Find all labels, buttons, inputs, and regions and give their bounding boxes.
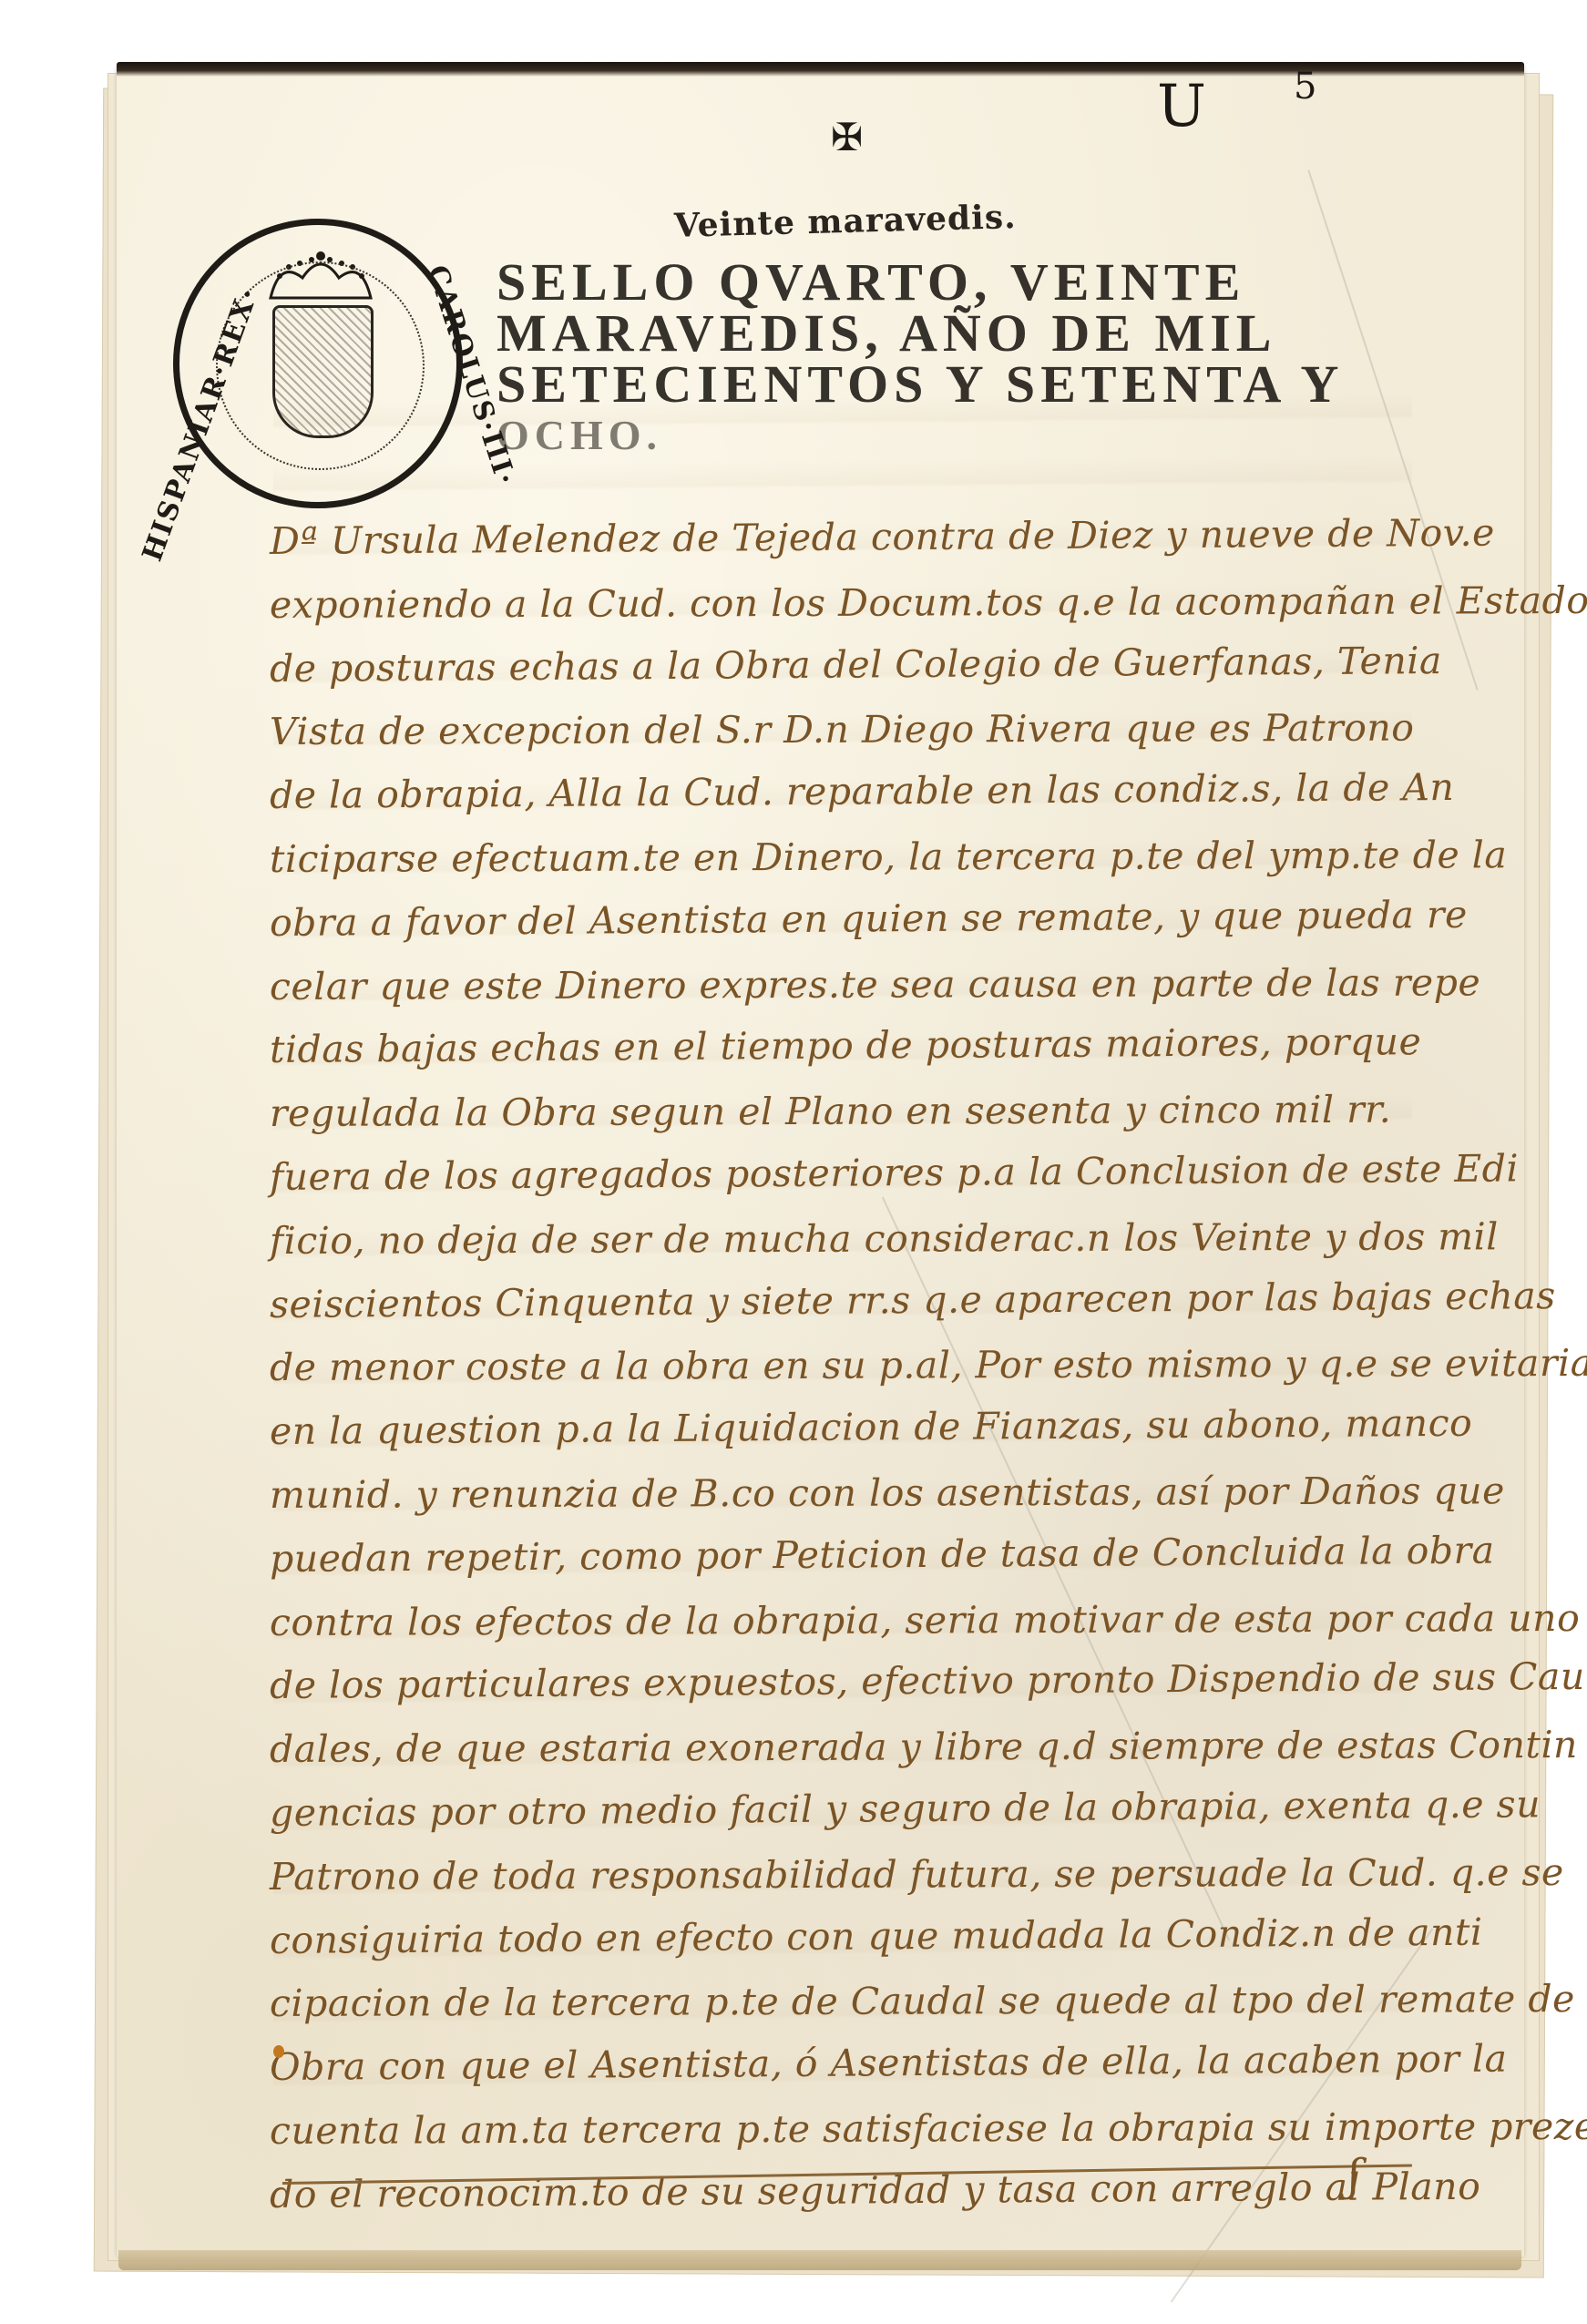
manuscript-line: en la question p.a la Liquidacion de Fia…	[270, 1392, 1436, 1464]
ink-stain	[273, 2045, 284, 2058]
manuscript-line: dales, de que estaria exonerada y libre …	[270, 1715, 1436, 1782]
manuscript-line: munid. y renunzia de B.co con los asenti…	[270, 1459, 1436, 1527]
stamp-header-line: OCHO.	[497, 410, 1408, 461]
stamp-header-line: SETECIENTOS Y SETENTA Y	[497, 359, 1408, 410]
manuscript-line: consiguiria todo en efecto con que mudad…	[270, 1901, 1436, 1973]
manuscript-line: gencias por otro medio facil y seguro de…	[270, 1774, 1436, 1846]
manuscript-line: exponiendo a la Cud. con los Docum.tos q…	[270, 569, 1436, 637]
manuscript-line: ticiparse efectuam.te en Dinero, la terc…	[270, 824, 1436, 892]
folio-mark: U	[1157, 73, 1206, 140]
manuscript-line: fuera de los agregados posteriores p.a l…	[270, 1138, 1436, 1210]
page-bottom-edge	[118, 2250, 1521, 2270]
manuscript-line: cipacion de la tercera p.te de Caudal se…	[270, 1969, 1436, 2036]
manuscript-line: puedan repetir, como por Peticion de tas…	[270, 1520, 1436, 1592]
manuscript-line: cuenta la am.ta tercera p.te satisfacies…	[270, 2095, 1436, 2163]
stamp-header: SELLO QVARTO, VEINTE MARAVEDIS, AÑO DE M…	[497, 257, 1408, 461]
manuscript-body: Dª Ursula Melendez de Tejeda contra de D…	[270, 510, 1436, 2227]
folio-mark-secondary: 5	[1294, 66, 1316, 107]
stamp-header-line: MARAVEDIS, AÑO DE MIL	[497, 308, 1408, 359]
manuscript-line: obra a favor del Asentista en quien se r…	[270, 884, 1436, 956]
manuscript-line: tidas bajas echas en el tiempo de postur…	[270, 1010, 1436, 1082]
stamp-header-line: SELLO QVARTO, VEINTE	[497, 257, 1408, 308]
manuscript-line: de los particulares expuestos, efectivo …	[270, 1646, 1436, 1718]
manuscript-line: Vista de excepcion del S.r D.n Diego Riv…	[270, 697, 1436, 764]
manuscript-line: seiscientos Cinquenta y siete rr.s q.e a…	[270, 1265, 1436, 1337]
manuscript-line: ficio, no deja de ser de mucha considera…	[270, 1205, 1436, 1273]
manuscript-line: Patrono de toda responsabilidad futura, …	[270, 1841, 1436, 1909]
manuscript-line: celar que este Dinero expres.te sea caus…	[270, 951, 1436, 1019]
manuscript-line: Obra con que el Asentista, ó Asentistas …	[270, 2028, 1436, 2100]
cross-icon: ✠	[831, 115, 863, 159]
royal-seal: CAROLUS·III· HISPANIAR·REX·	[173, 219, 463, 508]
coat-of-arms-icon	[272, 305, 374, 438]
manuscript-line: de la obrapia, Alla la Cud. reparable en…	[270, 756, 1436, 828]
manuscript-line: contra los efectos de la obrapia, seria …	[270, 1587, 1436, 1654]
manuscript-line: de menor coste a la obra en su p.al, Por…	[270, 1333, 1436, 1400]
manuscript-line: de posturas echas a la Obra del Colegio …	[270, 630, 1436, 701]
manuscript-line: Dª Ursula Melendez de Tejeda contra de D…	[270, 502, 1436, 574]
manuscript-line: regulada la Obra segun el Plano en sesen…	[270, 1079, 1436, 1146]
closing-flourish: ʃ	[1348, 2150, 1360, 2201]
